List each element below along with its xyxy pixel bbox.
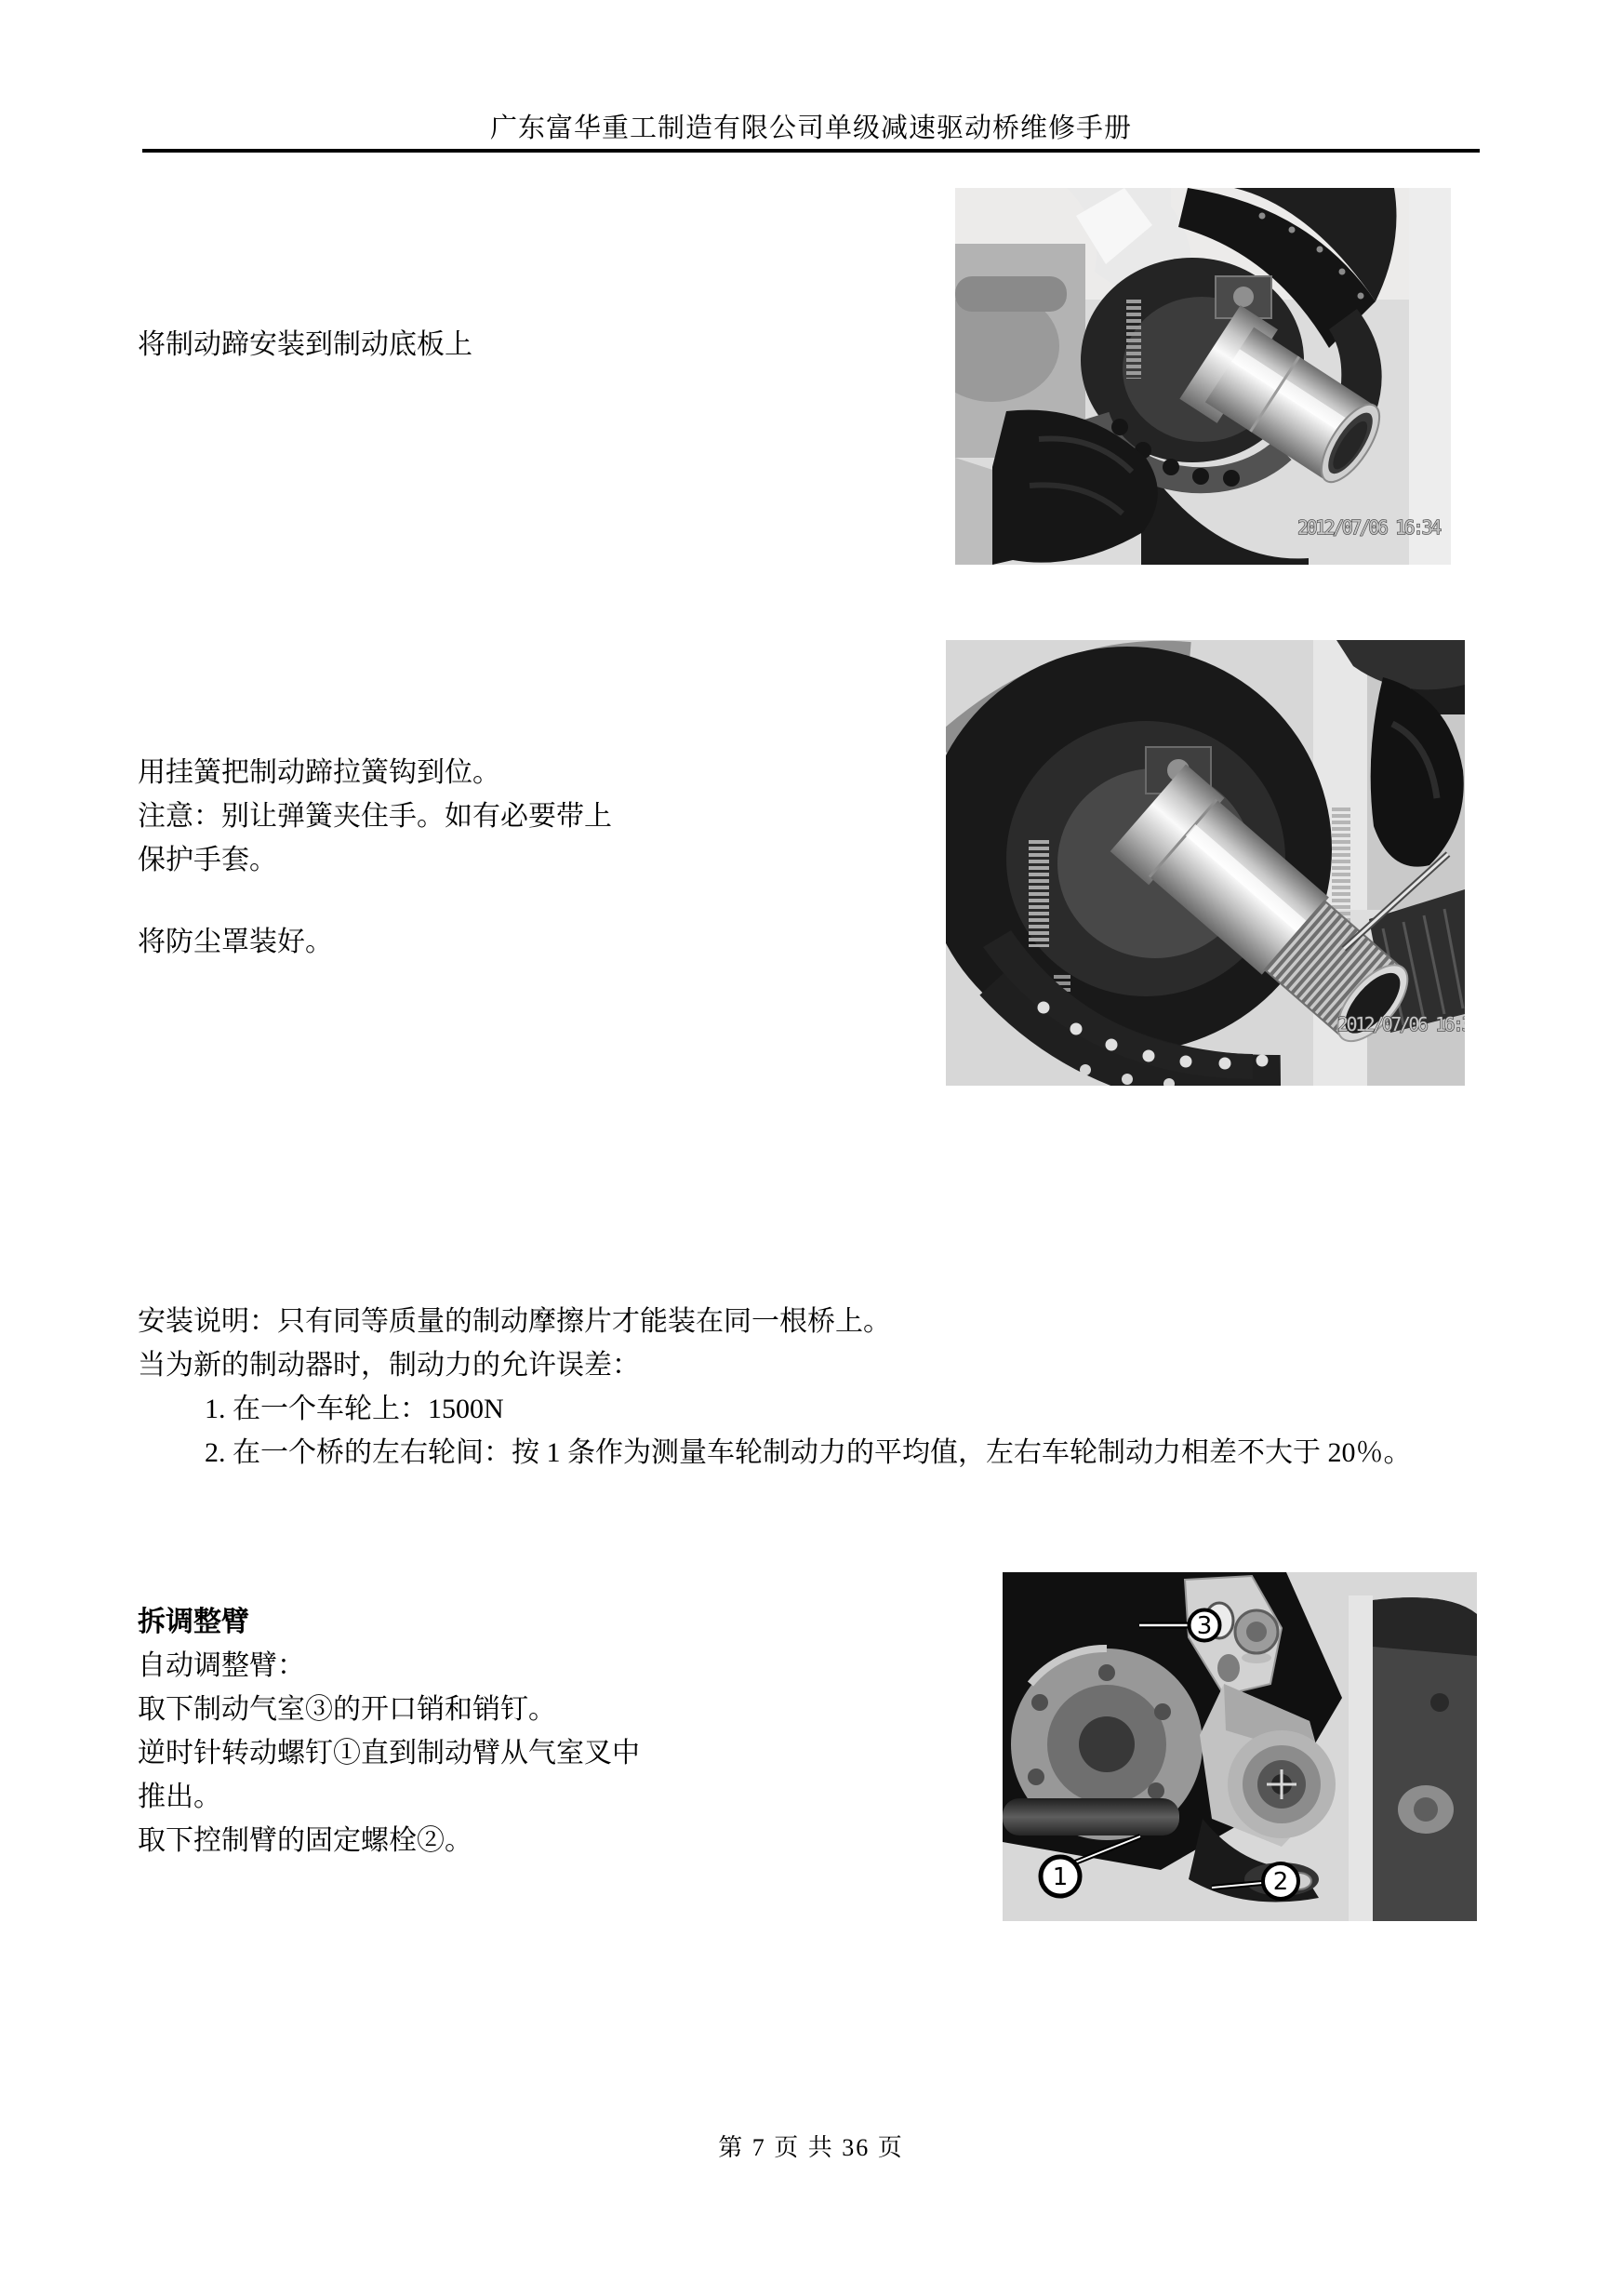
text-line: 自动调整臂： (138, 1644, 640, 1688)
text-line: 注意：别让弹簧夹住手。如有必要带上 (138, 794, 612, 838)
manual-page: 广东富华重工制造有限公司单级减速驱动桥维修手册 将制动蹄安装到制动底板上 用挂簧… (0, 0, 1622, 2296)
photo-timestamp: 2012/07/06 16:34 (1297, 516, 1442, 539)
paragraph-install-brake-shoe: 将制动蹄安装到制动底板上 (138, 323, 472, 367)
paragraph-install-note: 安装说明：只有同等质量的制动摩擦片才能装在同一根桥上。 当为新的制动器时，制动力… (138, 1300, 1412, 1475)
text-line: 1. 在一个车轮上：1500N (138, 1387, 1412, 1431)
photo-hook-pull-spring: 2012/07/06 16:3 (946, 640, 1465, 1086)
text-line: 2. 在一个桥的左右轮间：按 1 条作为测量车轮制动力的平均值，左右车轮制动力相… (138, 1431, 1412, 1475)
header-rule (142, 149, 1480, 153)
callout-label-1: 1 (1053, 1863, 1069, 1891)
worker-clothing (1409, 188, 1451, 565)
photo-timestamp: 2012/07/06 16:3 (1337, 1013, 1465, 1035)
text-line: 取下制动气室③的开口销和销钉。 (138, 1688, 640, 1731)
paragraph-hook-spring: 用挂簧把制动蹄拉簧钩到位。 注意：别让弹簧夹住手。如有必要带上 保护手套。 (138, 751, 612, 882)
text-line: 将制动蹄安装到制动底板上 (138, 323, 472, 367)
text-line: 用挂簧把制动蹄拉簧钩到位。 (138, 751, 612, 794)
right-dark-component (1373, 1597, 1477, 1921)
text-line: 当为新的制动器时，制动力的允许误差： (138, 1343, 1412, 1387)
paragraph-remove-adjusting-arm: 拆调整臂 自动调整臂： 取下制动气室③的开口销和销钉。 逆时针转动螺钉①直到制动… (138, 1600, 640, 1862)
photo-install-brake-shoe: 2012/07/06 16:34 (955, 188, 1451, 565)
photo-adjusting-arm-callouts: 3 1 2 (1003, 1572, 1477, 1921)
text-line: 安装说明：只有同等质量的制动摩擦片才能装在同一根桥上。 (138, 1300, 1412, 1343)
text-line: 保护手套。 (138, 838, 612, 882)
paragraph-dust-cover: 将防尘罩装好。 (138, 920, 333, 964)
callout-label-2: 2 (1273, 1868, 1289, 1896)
section-heading: 拆调整臂 (138, 1600, 640, 1644)
text-line: 将防尘罩装好。 (138, 920, 333, 964)
page-header-title: 广东富华重工制造有限公司单级减速驱动桥维修手册 (0, 108, 1622, 149)
text-line: 取下控制臂的固定螺栓②。 (138, 1819, 640, 1862)
text-line: 逆时针转动螺钉①直到制动臂从气室叉中 (138, 1731, 640, 1775)
camshaft (1003, 1798, 1179, 1835)
text-line: 推出。 (138, 1775, 640, 1819)
callout-label-3: 3 (1197, 1612, 1213, 1640)
page-number: 第 7 页 共 36 页 (0, 2129, 1622, 2163)
